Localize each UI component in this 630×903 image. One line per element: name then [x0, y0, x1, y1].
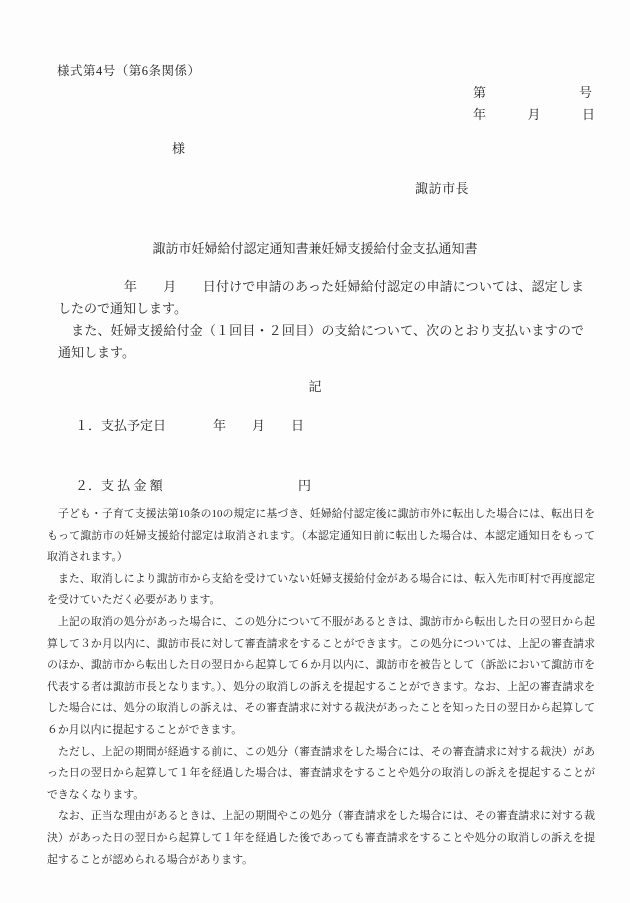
payment-item-label: ２．支 払 金 額	[75, 478, 163, 493]
addressee-honorific: 様	[172, 138, 185, 157]
issue-date-day: 日	[582, 104, 595, 123]
payment-item-row: １．支払予定日 年 月 日	[75, 415, 475, 434]
issue-date-year: 年	[473, 104, 486, 123]
doc-number-prefix: 第	[473, 82, 486, 101]
payment-item-value: 年 月 日	[213, 415, 304, 434]
note-paragraph: ただし、上記の期間が経過する前に、この処分（審査請求をした場合には、その審査請求…	[47, 742, 595, 807]
notes-section: 子ども・子育て支援法第10条の10の規定に基づき、妊婦給付認定後に諏訪市外に転出…	[47, 504, 595, 871]
payment-item-value: 円	[298, 475, 311, 494]
note-paragraph: 上記の取消の処分があった場合に、この処分について不服があるときは、諏訪市から転出…	[47, 612, 595, 742]
note-paragraph: なお、正当な理由があるときは、上記の期間やこの処分（審査請求をした場合には、その…	[47, 806, 595, 871]
issue-date-line: 年 月 日	[473, 104, 595, 123]
sender-name: 諏訪市長	[415, 178, 469, 197]
body-paragraph: 年 月 日付けで申請のあった妊婦給付認定の申請については、認定しましたので通知し…	[58, 276, 584, 320]
issue-date-month: 月	[527, 104, 540, 123]
doc-number-line: 第 号	[473, 82, 592, 101]
payment-item-row: ２．支 払 金 額 円	[75, 475, 475, 494]
payment-item-label: １．支払予定日	[75, 418, 166, 433]
document-page: 様式第4号（第6条関係） 第 号 年 月 日 様 諏訪市長 諏訪市妊婦給付認定通…	[0, 0, 630, 903]
body-paragraph: また、妊婦支援給付金（１回目・２回目）の支給について、次のとおり支払いますので通…	[58, 320, 584, 364]
document-title: 諏訪市妊婦給付認定通知書兼妊婦支援給付金支払通知書	[0, 238, 630, 257]
note-paragraph: また、取消しにより諏訪市から支給を受けていない妊婦支援給付金がある場合には、転入…	[47, 569, 595, 612]
doc-number-suffix: 号	[579, 82, 592, 101]
note-paragraph: 子ども・子育て支援法第10条の10の規定に基づき、妊婦給付認定後に諏訪市外に転出…	[47, 504, 595, 569]
record-marker: 記	[0, 376, 630, 395]
body-text: 年 月 日付けで申請のあった妊婦給付認定の申請については、認定しましたので通知し…	[58, 276, 584, 364]
form-number: 様式第4号（第6条関係）	[57, 61, 201, 79]
